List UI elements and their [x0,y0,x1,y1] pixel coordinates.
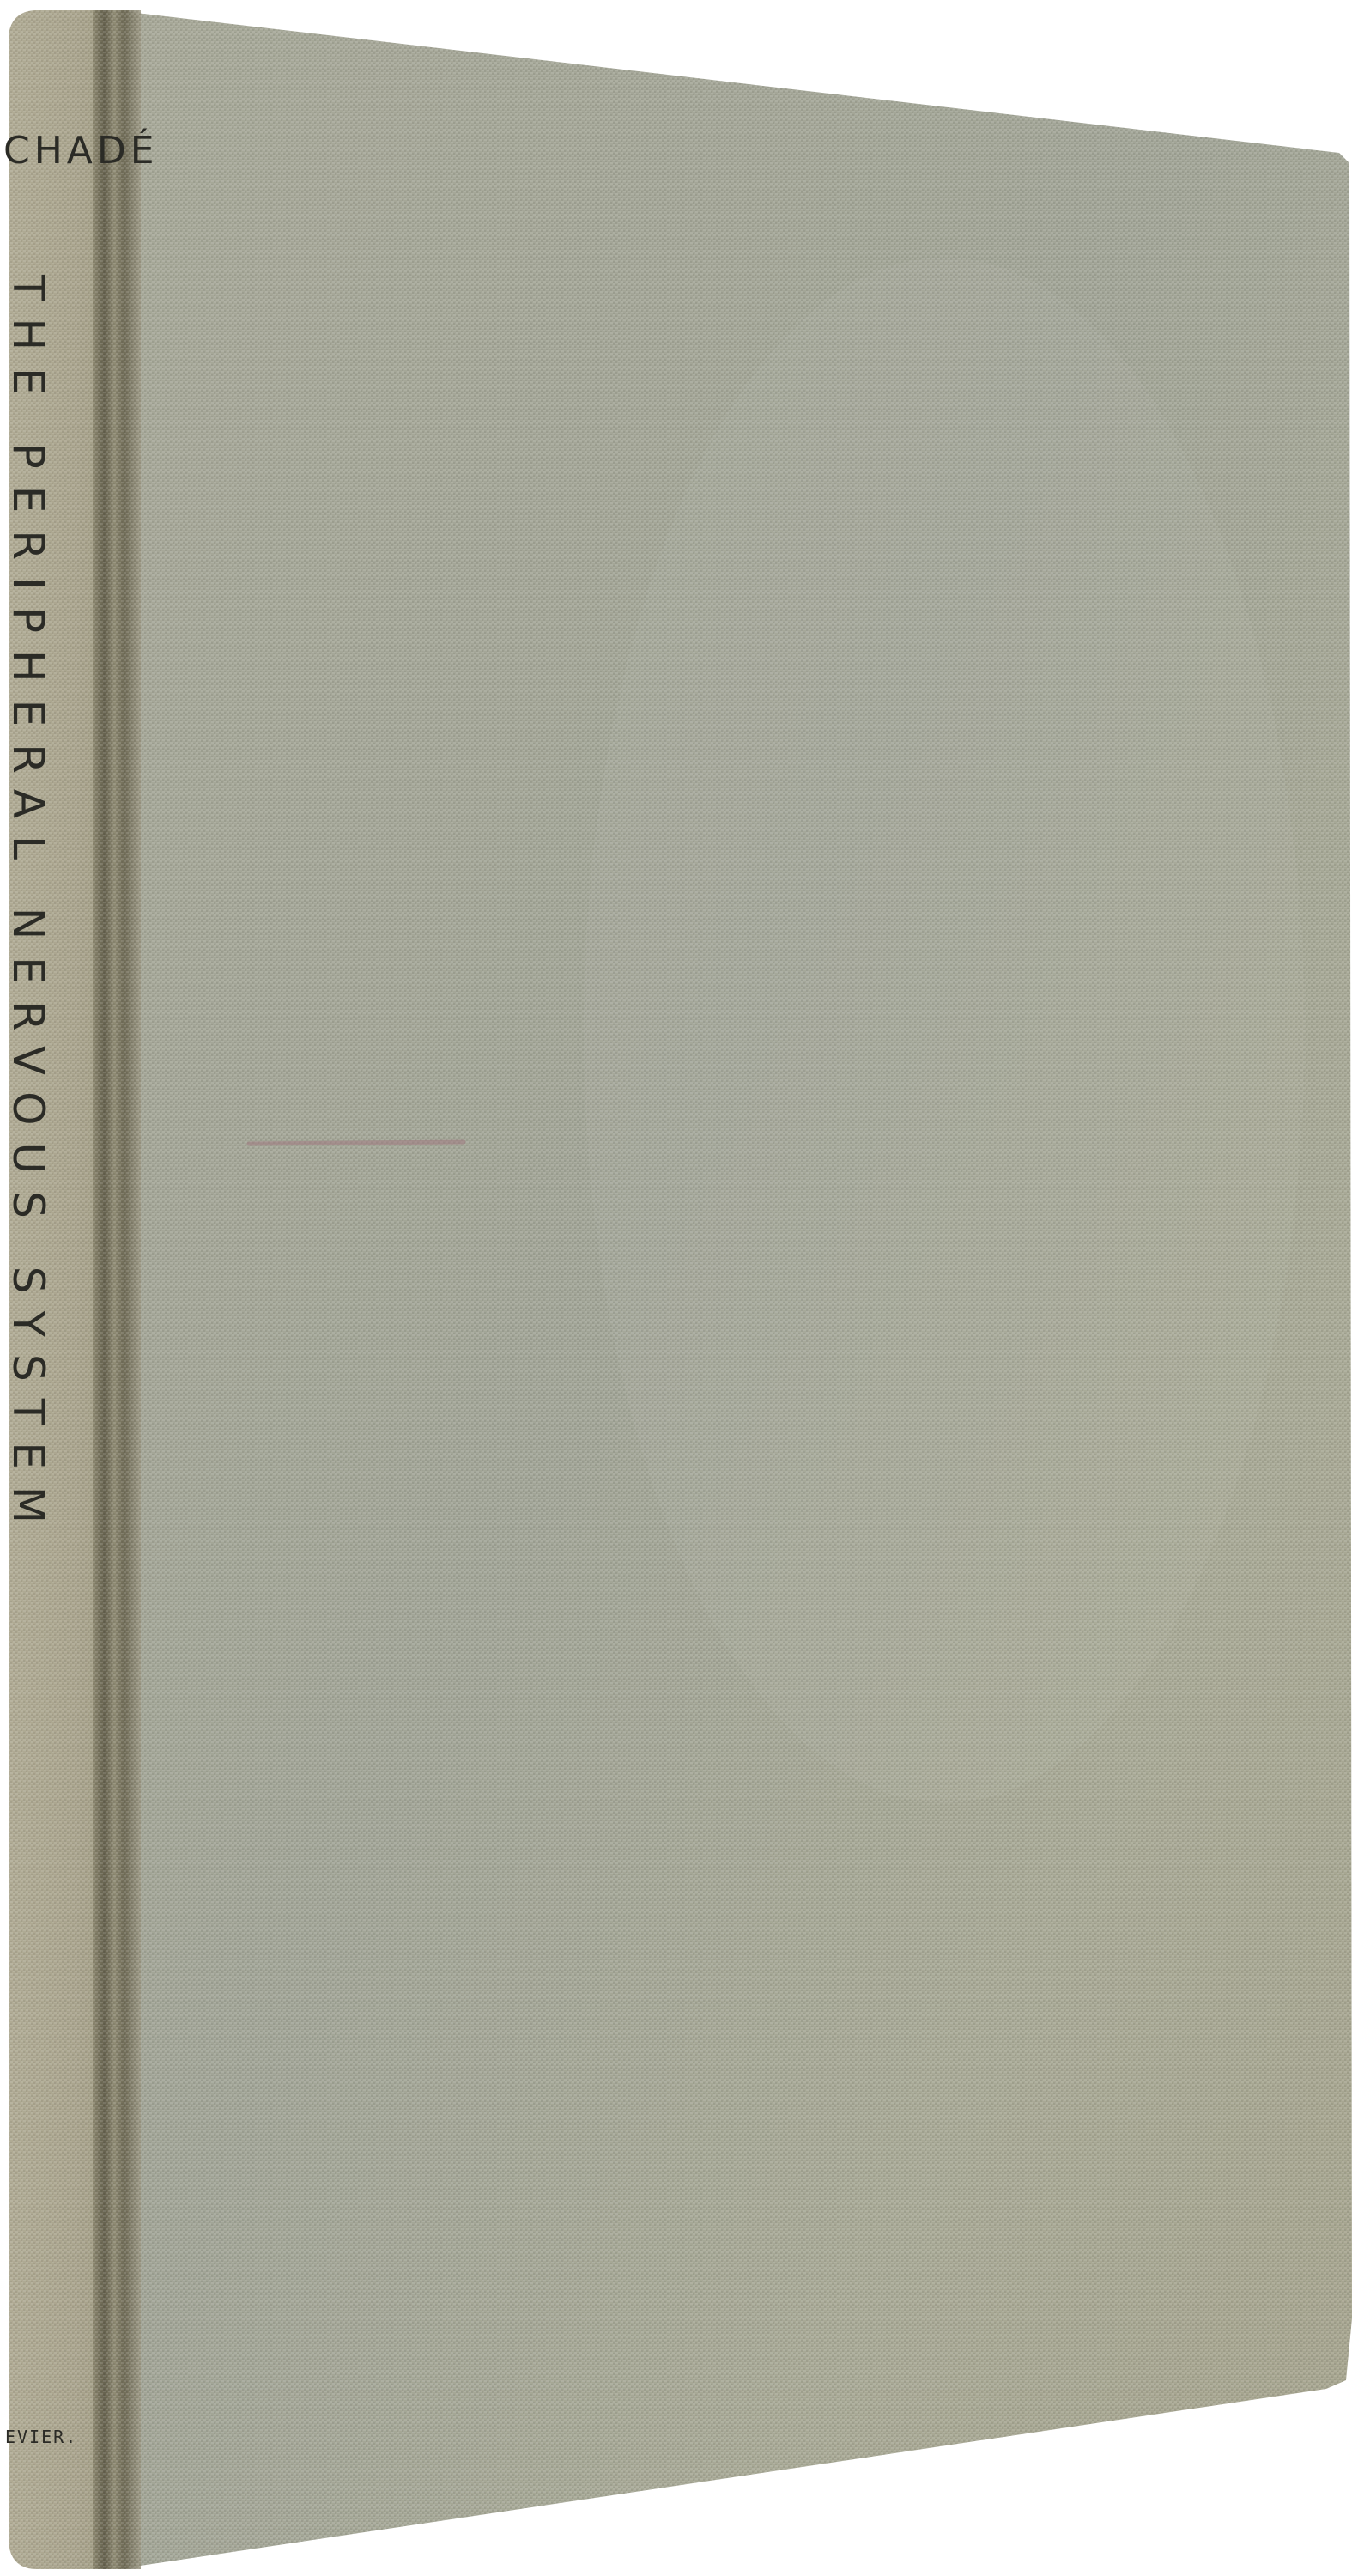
book-photo [0,0,1358,2576]
spine-title: THE PERIPHERAL NERVOUS SYSTEM [3,275,53,1540]
cover-mark [249,1142,464,1144]
spine-publisher: EVIER. [5,2427,77,2447]
spine-author: CHADÉ [3,129,159,173]
